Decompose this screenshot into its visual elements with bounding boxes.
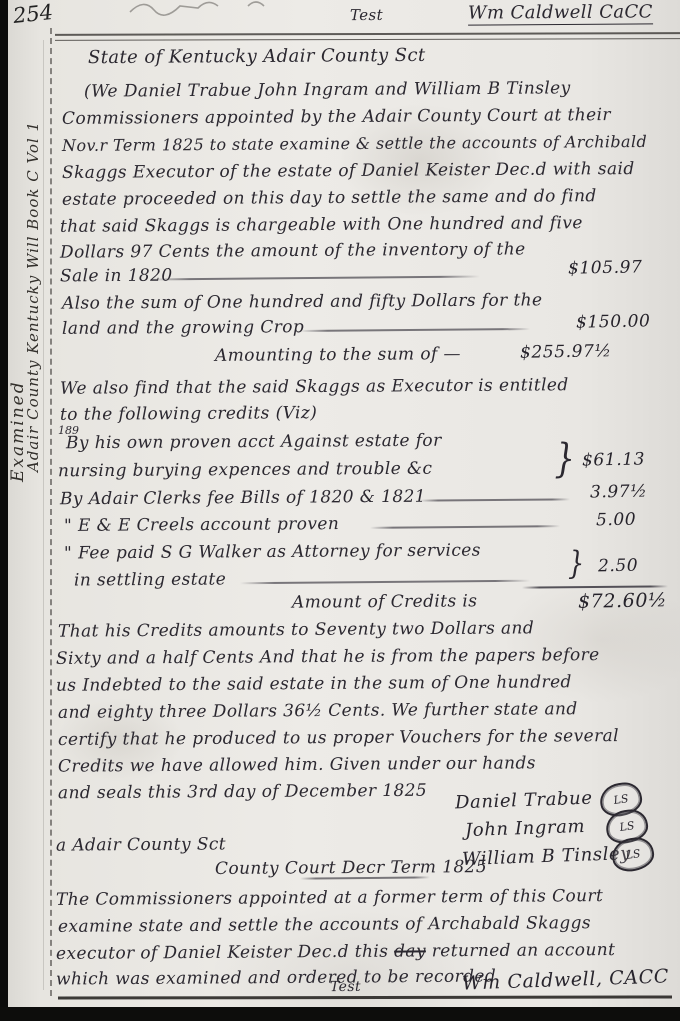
signature-william-tinsley: William B Tinsley	[462, 843, 632, 870]
document-line: Skaggs Executor of the estate of Daniel …	[62, 159, 635, 183]
document-line: By Adair Clerks fee Bills of 1820 & 1821	[60, 487, 426, 510]
document-line: Credits we have allowed him. Given under…	[58, 753, 536, 776]
sum-rule	[522, 585, 668, 588]
document-line: That his Credits amounts to Seventy two …	[58, 618, 534, 641]
document-line: and seals this 3rd day of December 1825	[58, 781, 427, 804]
flourish-dash	[420, 498, 570, 501]
margin-rule-dashed	[50, 28, 52, 996]
document-line: Sale in 1820	[60, 266, 173, 287]
signature-daniel-trabue: Daniel Trabue	[455, 788, 593, 814]
amount-total-credits: $72.60½	[578, 589, 667, 613]
flourish-dash	[240, 580, 530, 585]
amount-total-charges: $255.97½	[520, 341, 612, 363]
amount-own-account: $61.13	[582, 449, 645, 470]
document-line: us Indebted to the said estate in the su…	[56, 672, 572, 696]
amount-land-crop: $150.00	[576, 311, 651, 332]
document-line: Dollars 97 Cents the amount of the inven…	[60, 239, 526, 262]
amount-attorney-fee: 2.50	[598, 556, 639, 577]
document-line: Amounting to the sum of —	[215, 344, 461, 366]
document-line: Nov.r Term 1825 to state examine & settl…	[62, 132, 647, 155]
signature-john-ingram: John Ingram	[465, 816, 586, 841]
scan-edge-bottom	[0, 1007, 680, 1021]
margin-examined-label: Examined	[8, 380, 28, 482]
document-line: " Fee paid S G Walker as Attorney for se…	[64, 541, 481, 564]
line-text: returned an account	[426, 940, 616, 961]
document-line: Amount of Credits is	[292, 591, 477, 612]
header-test-label: Test	[350, 6, 383, 24]
document-line: " E & E Creels account proven	[64, 514, 339, 536]
margin-rule-faint	[43, 40, 44, 990]
header-clerk-signature: Wm Caldwell CaCC	[468, 1, 653, 25]
document-line: Sixty and a half Cents And that he is fr…	[56, 645, 600, 669]
document-line: Also the sum of One hundred and fifty Do…	[62, 290, 543, 313]
term-line: County Court Decr Term 1825	[215, 857, 487, 879]
flourish-dash	[370, 525, 560, 529]
line-text: executor of Daniel Keister Dec.d this	[56, 942, 394, 964]
document-line: to the following credits (Viz)	[60, 403, 317, 425]
flourish-dash	[300, 876, 430, 879]
flourish-dash	[150, 276, 480, 281]
document-line: that said Skaggs is chargeable with One …	[60, 213, 583, 237]
header-double-rule	[55, 32, 680, 41]
brace-glyph: }	[555, 436, 575, 482]
document-line: We also find that the said Skaggs as Exe…	[60, 375, 569, 399]
document-line: which was examined and ordered to be rec…	[56, 966, 496, 989]
amount-clerk-fees: 3.97½	[590, 482, 648, 503]
document-line: (We Daniel Trabue John Ingram and Willia…	[84, 78, 571, 101]
page-number: 254	[12, 0, 54, 28]
footer-rule	[58, 995, 672, 999]
document-line: State of Kentucky Adair County Sct	[88, 45, 426, 68]
document-line: Commissioners appointed by the Adair Cou…	[62, 105, 611, 129]
document-line: executor of Daniel Keister Dec.d this da…	[56, 940, 615, 964]
document-line: land and the growing Crop	[62, 317, 304, 339]
document-line: examine state and settle the accounts of…	[58, 913, 591, 937]
document-line: in settling estate	[74, 569, 226, 590]
flourish-dash	[300, 328, 530, 332]
document-scan: 254 Adair County Kentucky Will Book C Vo…	[0, 0, 680, 1021]
document-line: The Commissioners appointed at a former …	[56, 886, 603, 910]
scan-edge-left	[0, 0, 8, 1021]
amount-creels-account: 5.00	[596, 510, 637, 531]
brace-glyph: }	[568, 544, 584, 582]
document-line: estate proceeded on this day to settle t…	[62, 186, 597, 210]
document-line: and eighty three Dollars 36½ Cents. We f…	[58, 699, 578, 723]
document-line: By his own proven acct Against estate fo…	[66, 431, 442, 454]
illegible-scribble	[128, 0, 288, 18]
document-line: certify that he produced to us proper Vo…	[58, 726, 619, 750]
struck-word: day	[394, 941, 426, 961]
amount-inventory-total: $105.97	[568, 257, 643, 278]
document-line: nursing burying expences and trouble &c	[58, 459, 433, 482]
footer-test-label: Test	[330, 979, 361, 995]
county-line: a Adair County Sct	[56, 834, 226, 855]
